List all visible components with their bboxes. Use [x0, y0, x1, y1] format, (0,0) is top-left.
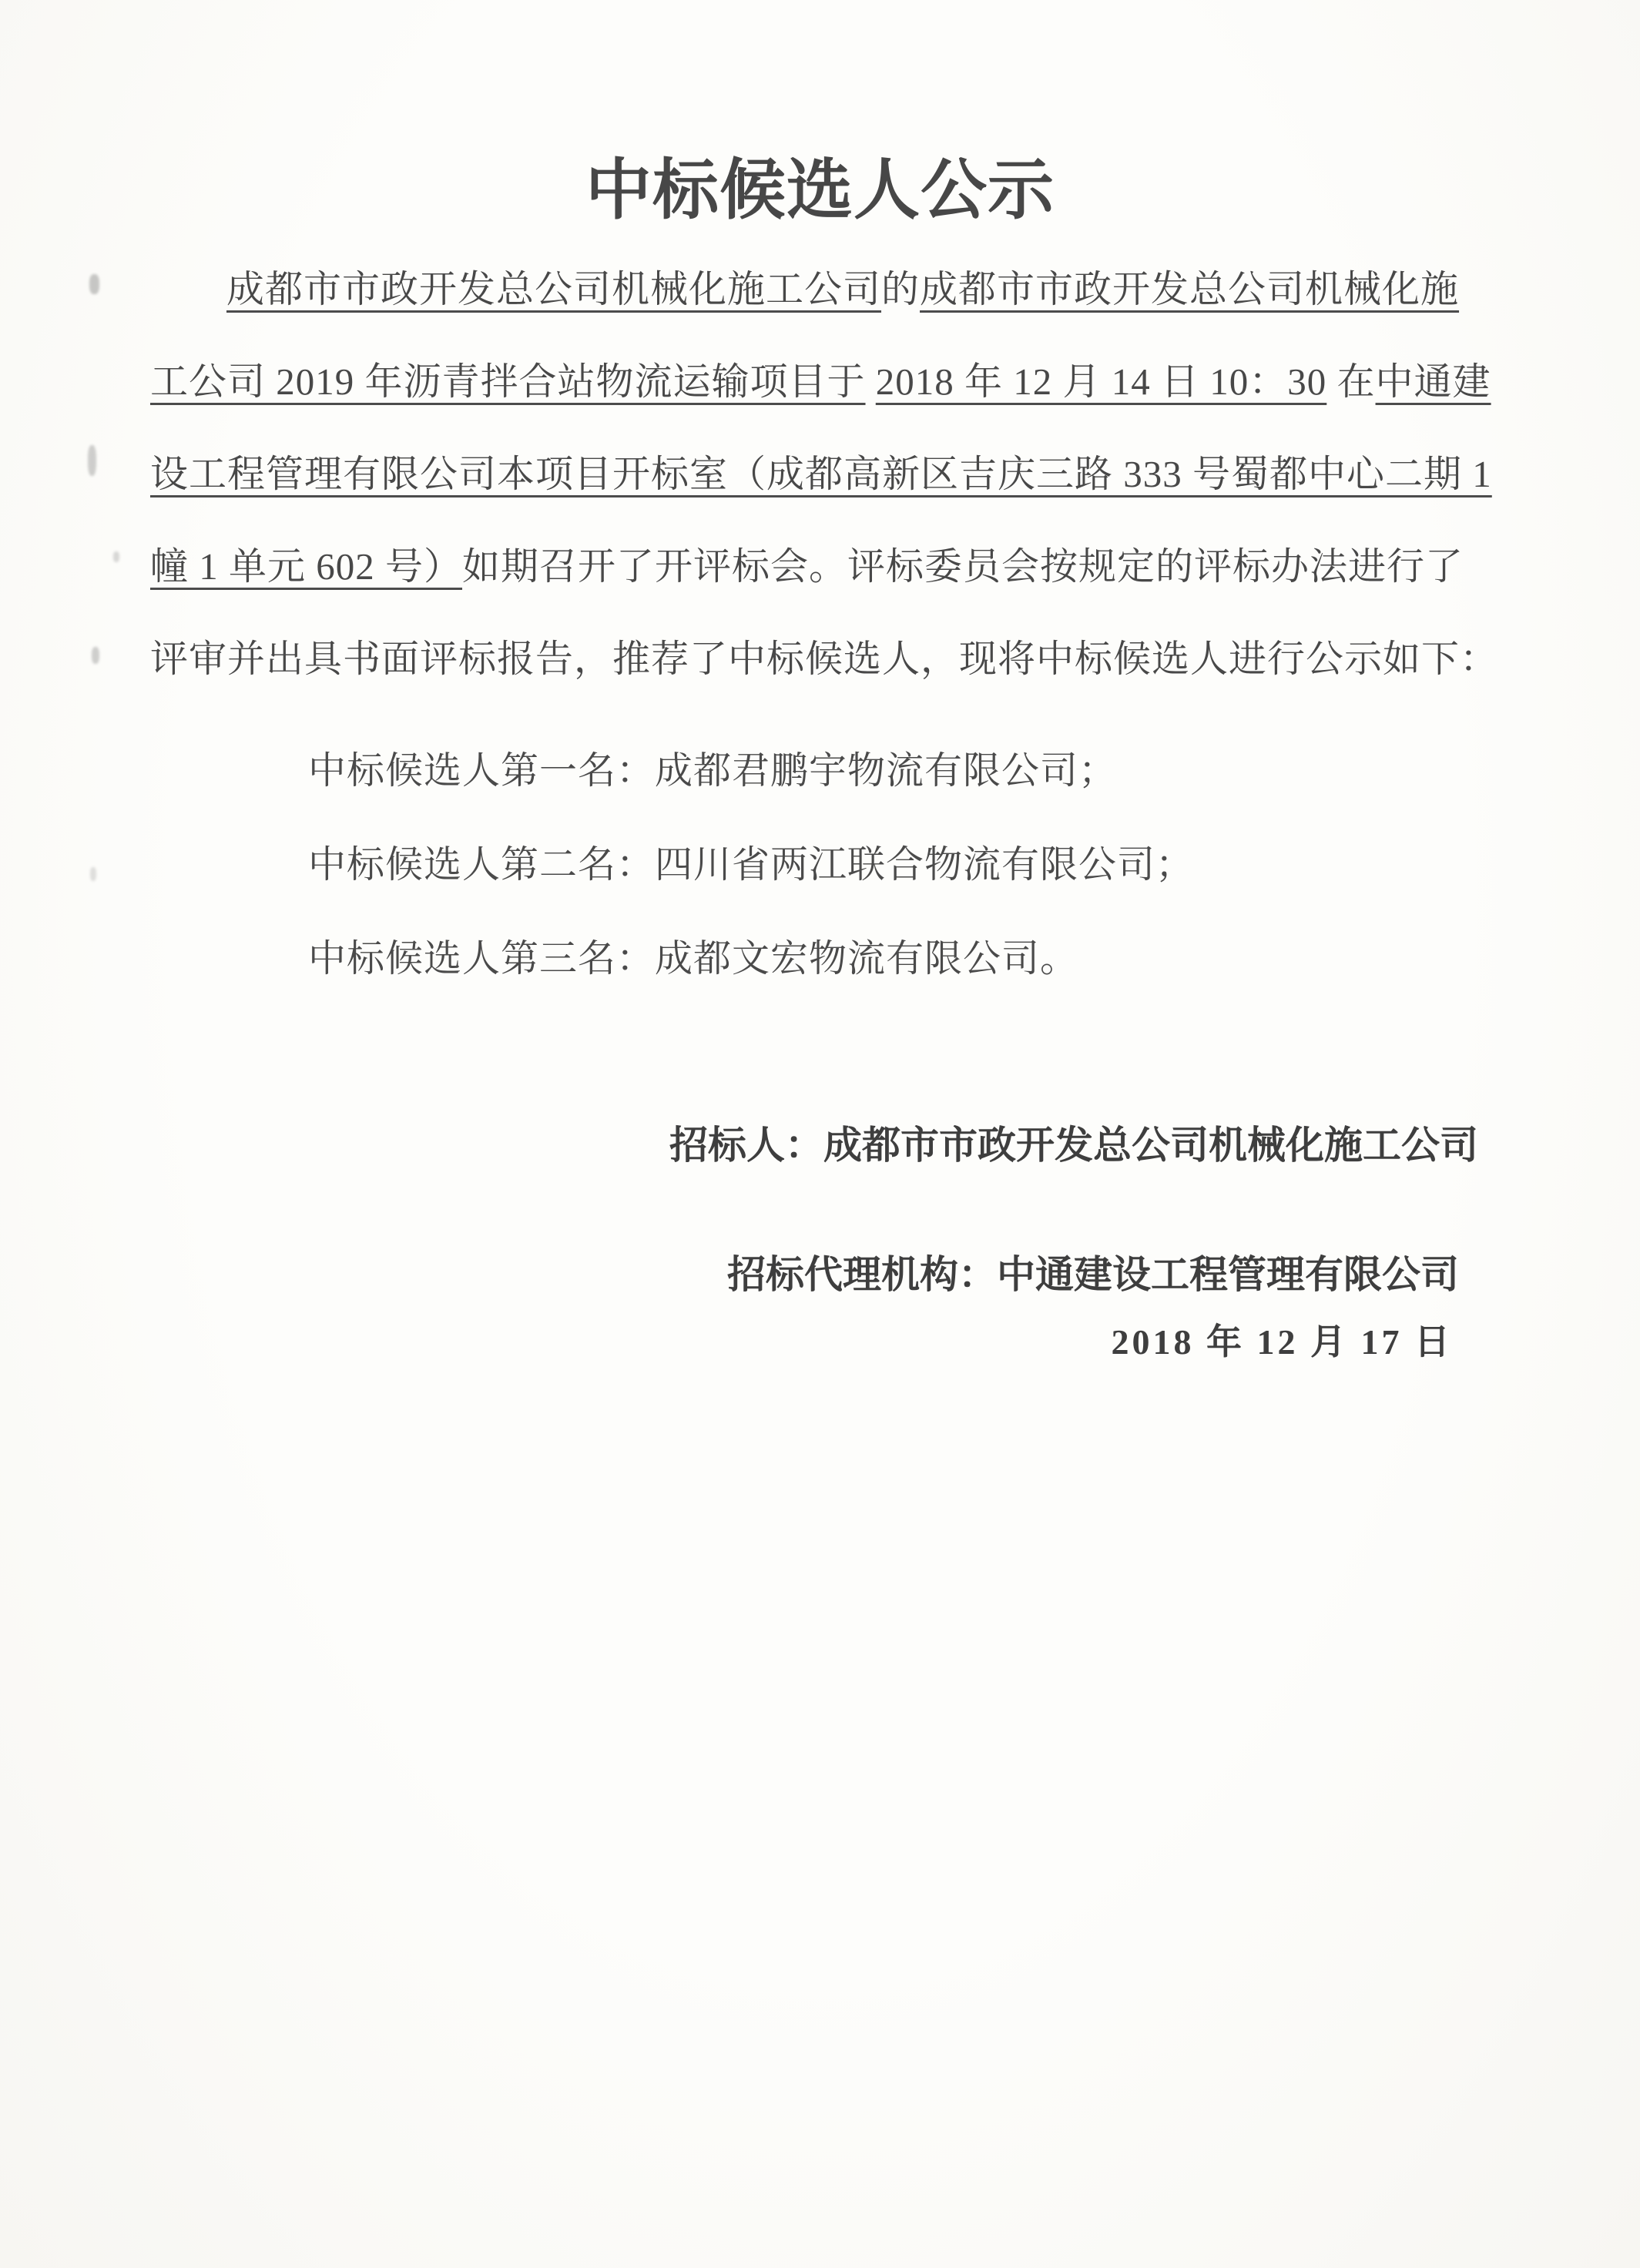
underlined-text: 中通建 — [1376, 360, 1491, 403]
scan-artifact — [90, 867, 96, 881]
plain-text: 的 — [881, 268, 920, 310]
plain-text: 如期召开了开评标会。评标委员会按规定的评标办法进行了 — [462, 545, 1464, 588]
underlined-text: 设工程管理有限公司本项目开标室（成都高新区吉庆三路 333 号蜀都中心二期 1 — [150, 453, 1492, 495]
underlined-text: 工公司 2019 年沥青拌合站物流运输项目于 — [150, 360, 866, 403]
underlined-text: 成都市市政开发总公司机械化施 — [920, 268, 1459, 310]
paragraph-line: 成都市市政开发总公司机械化施工公司的成都市市政开发总公司机械化施 — [150, 243, 1491, 336]
plain-text: 评审并出具书面评标报告，推荐了中标候选人，现将中标候选人进行公示如下： — [150, 638, 1498, 680]
tenderer-name: 成都市市政开发总公司机械化施工公司 — [823, 1124, 1478, 1167]
scan-artifact — [92, 647, 99, 664]
tenderer-label: 招标人： — [669, 1124, 823, 1167]
candidate-line: 中标候选人第一名：成都君鹏宇物流有限公司； — [308, 724, 1194, 818]
scanned-document-page: 中标候选人公示 成都市市政开发总公司机械化施工公司的成都市市政开发总公司机械化施… — [0, 0, 1640, 2268]
date-line: 2018 年 12 月 17 日 — [1112, 1321, 1454, 1363]
paragraph-line: 工公司 2019 年沥青拌合站物流运输项目于 2018 年 12 月 14 日 … — [150, 336, 1491, 428]
paragraph-line: 幢 1 单元 602 号）如期召开了开评标会。评标委员会按规定的评标办法进行了 — [150, 521, 1491, 613]
scan-artifact — [113, 551, 119, 562]
candidates-list: 中标候选人第一名：成都君鹏宇物流有限公司；中标候选人第二名：四川省两江联合物流有… — [308, 724, 1194, 1006]
plain-text — [866, 360, 876, 403]
paragraph-line: 评审并出具书面评标报告，推荐了中标候选人，现将中标候选人进行公示如下： — [150, 613, 1491, 705]
underlined-text: 成都市市政开发总公司机械化施工公司 — [226, 268, 881, 310]
scan-artifact — [88, 445, 96, 476]
plain-text: 在 — [1326, 360, 1375, 403]
tenderer-line: 招标人：成都市市政开发总公司机械化施工公司 — [669, 1122, 1478, 1168]
paragraph-line: 设工程管理有限公司本项目开标室（成都高新区吉庆三路 333 号蜀都中心二期 1 — [150, 428, 1491, 521]
candidate-line: 中标候选人第三名：成都文宏物流有限公司。 — [308, 912, 1194, 1006]
body-paragraph: 成都市市政开发总公司机械化施工公司的成都市市政开发总公司机械化施工公司 2019… — [150, 243, 1491, 705]
candidate-line: 中标候选人第二名：四川省两江联合物流有限公司； — [308, 818, 1194, 912]
agency-line: 招标代理机构：中通建设工程管理有限公司 — [727, 1251, 1459, 1298]
agency-label: 招标代理机构： — [727, 1253, 997, 1296]
agency-name: 中通建设工程管理有限公司 — [997, 1253, 1459, 1296]
document-title: 中标候选人公示 — [0, 157, 1640, 223]
scan-artifact — [89, 274, 99, 294]
underlined-text: 幢 1 单元 602 号） — [150, 545, 462, 588]
underlined-text: 2018 年 12 月 14 日 10：30 — [876, 360, 1327, 403]
